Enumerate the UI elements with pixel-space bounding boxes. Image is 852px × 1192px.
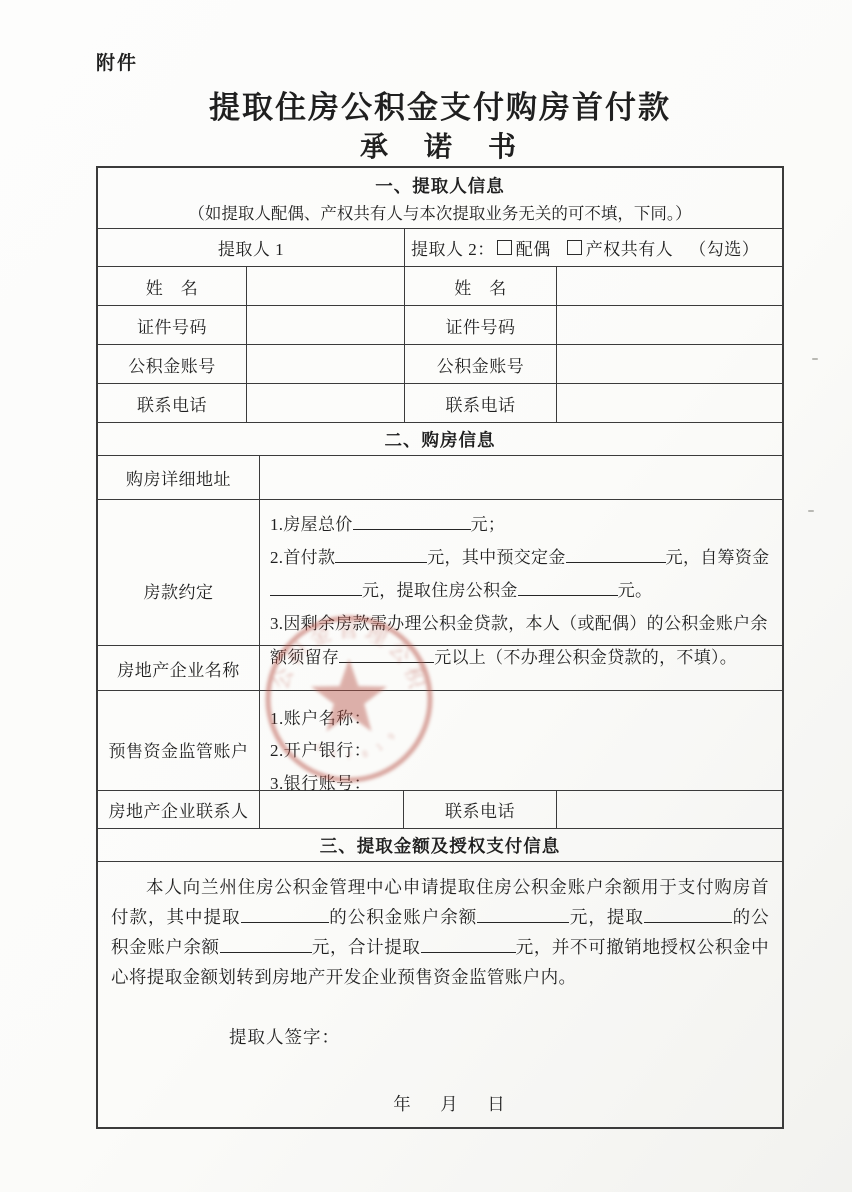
person1-name-label: 姓 名	[98, 267, 246, 305]
person1-id-label: 证件号码	[98, 306, 246, 344]
scan-artifact	[808, 510, 814, 512]
person2-name-value	[556, 267, 782, 305]
table-row-address: 购房详细地址	[98, 455, 782, 499]
person2-option-co-owner: 产权共有人	[586, 235, 674, 260]
para-seg-4: 元，合计提取	[312, 937, 421, 957]
table-row-id: 证件号码 证件号码	[98, 305, 782, 344]
table-row-developer: 房地产企业名称	[98, 645, 782, 690]
person2-phone-value	[556, 384, 782, 422]
blank-total-price	[353, 511, 471, 530]
person2-id-value	[556, 306, 782, 344]
person1-account-label: 公积金账号	[98, 345, 246, 383]
blank-withdrawer-1	[241, 904, 329, 923]
person2-phone-label: 联系电话	[404, 384, 556, 422]
price-line1-unit: 元；	[471, 515, 506, 534]
person1-header: 提取人 1	[98, 229, 404, 266]
price-line2-unit: 元。	[618, 581, 653, 600]
developer-label: 房地产企业名称	[98, 646, 259, 690]
table-row-contact: 房地产企业联系人 联系电话	[98, 790, 782, 828]
person1-name-value	[246, 267, 404, 305]
blank-withdrawer-2	[644, 904, 732, 923]
address-value	[259, 456, 782, 499]
address-label: 购房详细地址	[98, 456, 259, 499]
person2-account-label: 公积金账号	[404, 345, 556, 383]
section3-body: 本人向兰州住房公积金管理中心申请提取住房公积金账户余额用于支付购房首付款，其中提…	[98, 862, 782, 1127]
attachment-label: 附件	[96, 48, 138, 75]
price-line-1: 1.房屋总价元；	[270, 508, 772, 541]
developer-value	[259, 646, 782, 690]
section1-title: 一、提取人信息	[106, 173, 774, 198]
blank-fund-withdrawal	[518, 577, 618, 596]
section1-header: 一、提取人信息 （如提取人配偶、产权共有人与本次提取业务无关的可不填，下同。）	[98, 168, 782, 228]
person2-option-spouse: 配偶	[516, 235, 551, 260]
table-row-account: 公积金账号 公积金账号	[98, 344, 782, 383]
price-line1-text: 1.房屋总价	[270, 515, 353, 534]
section2-header: 二、购房信息	[98, 423, 782, 455]
person1-account-value	[246, 345, 404, 383]
price-line2-text3: 元，自筹资金	[666, 548, 770, 567]
person1-phone-label: 联系电话	[98, 384, 246, 422]
blank-total-withdrawal	[421, 934, 516, 953]
person2-header: 提取人 2： 配偶 产权共有人 （勾选）	[404, 229, 782, 266]
escrow-bank: 2.开户银行：	[270, 735, 772, 767]
table-row-escrow: 预售资金监管账户 1.账户名称： 2.开户银行： 3.银行账号：	[98, 690, 782, 790]
authorization-paragraph: 本人向兰州住房公积金管理中心申请提取住房公积金账户余额用于支付购房首付款，其中提…	[111, 872, 769, 992]
section3-header: 三、提取金额及授权支付信息	[98, 829, 782, 861]
form-table: 一、提取人信息 （如提取人配偶、产权共有人与本次提取业务无关的可不填，下同。） …	[96, 166, 784, 1129]
person2-prefix: 提取人 2：	[411, 235, 495, 260]
scanned-form-page: 附件 提取住房公积金支付购房首付款 承 诺 书 一、提取人信息 （如提取人配偶、…	[0, 0, 852, 1192]
form-title: 提取住房公积金支付购房首付款	[95, 82, 785, 127]
person2-suffix: （勾选）	[689, 235, 759, 260]
blank-amount-2	[220, 934, 312, 953]
section2-header-row: 二、购房信息	[98, 422, 782, 455]
blank-down-payment	[335, 544, 427, 563]
blank-amount-1	[477, 904, 569, 923]
checkbox-co-owner-icon	[567, 240, 582, 255]
blank-deposit	[566, 544, 666, 563]
person2-name-label: 姓 名	[404, 267, 556, 305]
contact-phone-value	[556, 791, 782, 828]
price-line2-text4: 元，提取住房公积金	[362, 581, 518, 600]
person2-id-label: 证件号码	[404, 306, 556, 344]
form-subtitle: 承 诺 书	[95, 125, 785, 165]
contact-phone-label: 联系电话	[403, 791, 556, 828]
date-label: 年 月 日	[111, 1091, 769, 1116]
para-seg-1: 的公积金账户余额	[329, 907, 478, 927]
para-seg-2: 元，提取	[569, 907, 644, 927]
person-header-row: 提取人 1 提取人 2： 配偶 产权共有人 （勾选）	[98, 228, 782, 266]
section3-header-row: 三、提取金额及授权支付信息	[98, 828, 782, 861]
checkbox-spouse-icon	[497, 240, 512, 255]
price-line2-text1: 2.首付款	[270, 548, 335, 567]
section1-note: （如提取人配偶、产权共有人与本次提取业务无关的可不填，下同。）	[106, 200, 774, 224]
table-row-phone: 联系电话 联系电话	[98, 383, 782, 422]
table-row-price-agreement: 房款约定 1.房屋总价元； 2.首付款元，其中预交定金元，自筹资金元，提取住房公…	[98, 499, 782, 645]
scan-artifact	[812, 358, 818, 360]
price-line2-text2: 元，其中预交定金	[427, 548, 565, 567]
person1-phone-value	[246, 384, 404, 422]
section1-header-row: 一、提取人信息 （如提取人配偶、产权共有人与本次提取业务无关的可不填，下同。）	[98, 168, 782, 228]
price-line-2: 2.首付款元，其中预交定金元，自筹资金元，提取住房公积金元。	[270, 541, 772, 607]
contact-label: 房地产企业联系人	[98, 791, 259, 828]
contact-value	[259, 791, 403, 828]
table-row-name: 姓 名 姓 名	[98, 266, 782, 305]
person2-account-value	[556, 345, 782, 383]
person1-id-value	[246, 306, 404, 344]
blank-self-funds	[270, 577, 362, 596]
escrow-account-name: 1.账户名称：	[270, 703, 772, 735]
signature-label: 提取人签字：	[229, 1024, 769, 1049]
section3-body-row: 本人向兰州住房公积金管理中心申请提取住房公积金账户余额用于支付购房首付款，其中提…	[98, 861, 782, 1127]
